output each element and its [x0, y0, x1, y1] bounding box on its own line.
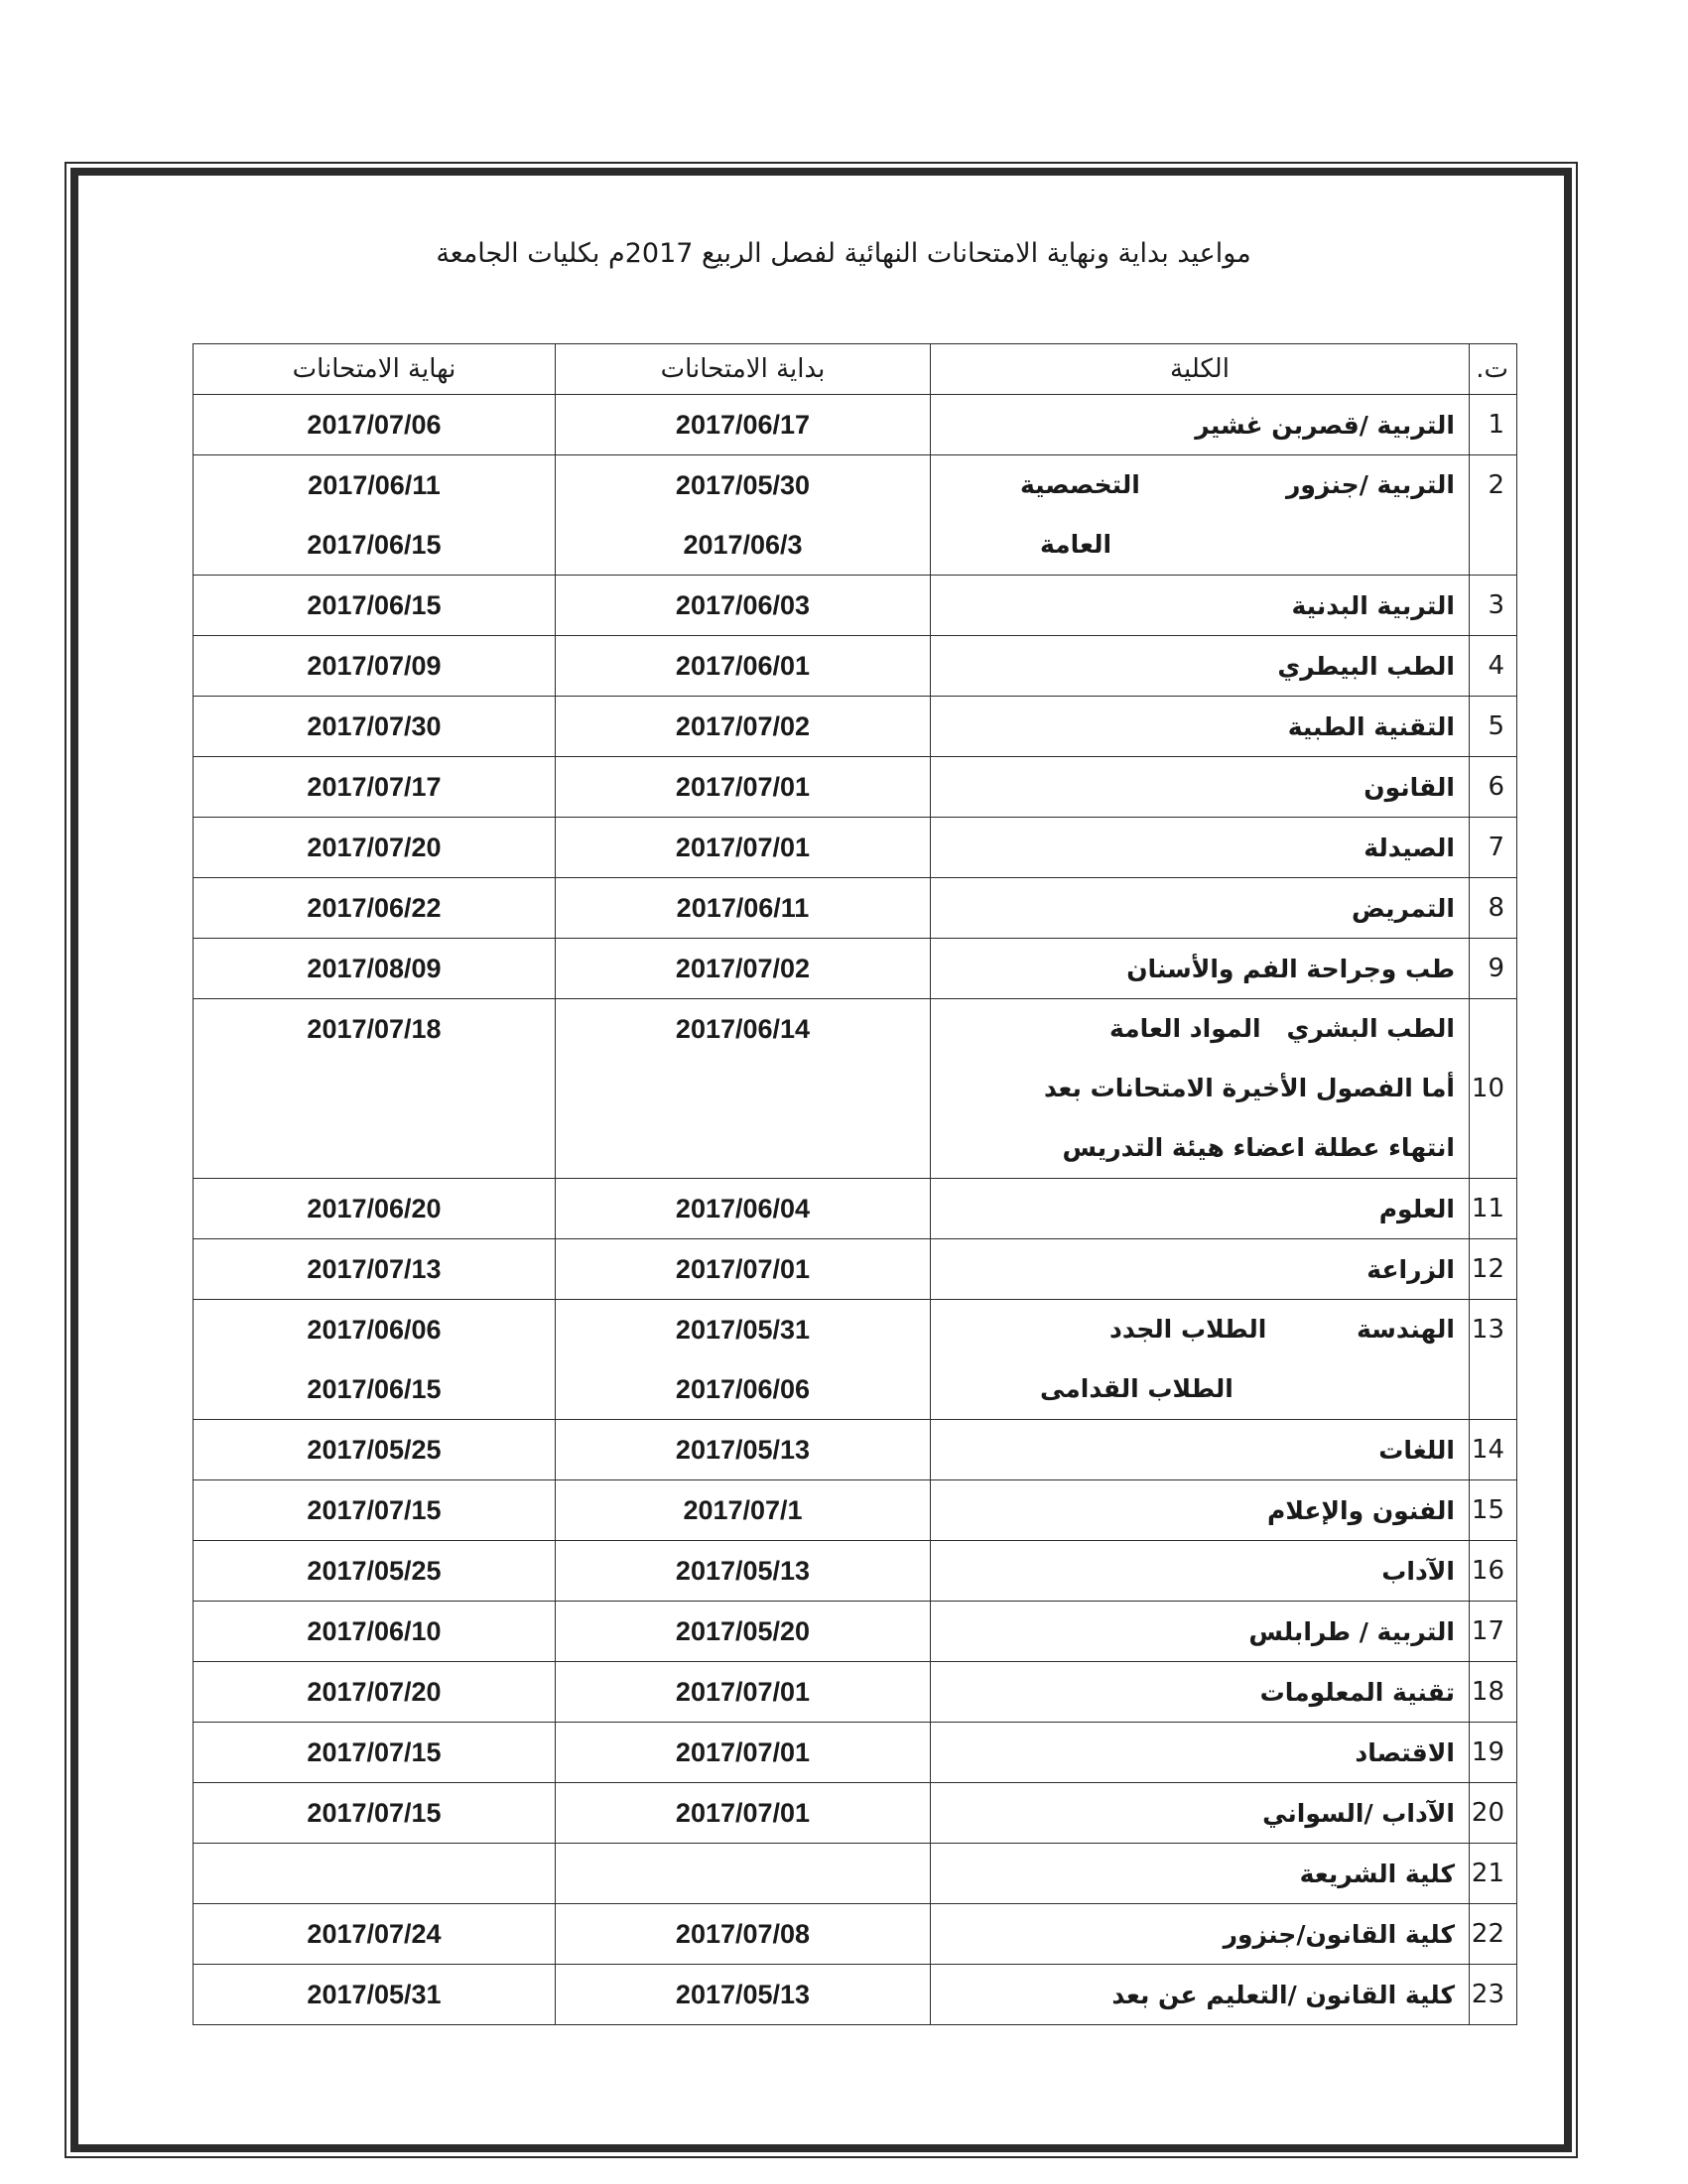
table-row: 11 العلوم 2017/06/04 2017/06/20	[194, 1179, 1517, 1239]
table-row: 4 الطب البيطري 2017/06/01 2017/07/09	[194, 636, 1517, 697]
row-num: 22	[1470, 1904, 1517, 1965]
row-college: التمريض	[931, 878, 1470, 939]
row-start-date: 2017/05/13	[556, 1420, 931, 1480]
table-row: 12 الزراعة 2017/07/01 2017/07/13	[194, 1239, 1517, 1300]
row-college-line: الهندسة الطلاب الجدد	[931, 1300, 1455, 1359]
table-row: 17 التربية / طرابلس 2017/05/20 2017/06/1…	[194, 1602, 1517, 1662]
row-num: 8	[1470, 878, 1517, 939]
row-end-date: 2017/06/15	[194, 576, 556, 636]
row-end-date: 2017/06/10	[194, 1602, 556, 1662]
row-num: 17	[1470, 1602, 1517, 1662]
row-end-date: 2017/07/15	[194, 1783, 556, 1844]
row-num: 21	[1470, 1844, 1517, 1904]
college-name: التربية /جنزور	[1286, 455, 1455, 515]
row-college: كلية القانون /التعليم عن بعد	[931, 1965, 1470, 2025]
row-end-date: 2017/07/13	[194, 1239, 556, 1300]
row-college: تقنية المعلومات	[931, 1662, 1470, 1723]
start-date-2: 2017/06/3	[556, 515, 930, 575]
row-num: 5	[1470, 697, 1517, 757]
row-college: الهندسة الطلاب الجدد الطلاب القدامى	[931, 1300, 1470, 1420]
row-end-date: 2017/07/20	[194, 1662, 556, 1723]
row-end-date: 2017/06/11 2017/06/15	[194, 455, 556, 576]
row-start-date: 2017/06/04	[556, 1179, 931, 1239]
header-start: بداية الامتحانات	[556, 344, 931, 395]
row-num: 3	[1470, 576, 1517, 636]
row-num: 13	[1470, 1300, 1517, 1420]
row-college: طب وجراحة الفم والأسنان	[931, 939, 1470, 999]
row-start-date: 2017/06/11	[556, 878, 931, 939]
row-start-date: 2017/07/01	[556, 1239, 931, 1300]
row-college: الاقتصاد	[931, 1723, 1470, 1783]
row-college: الطب البشري المواد العامة أما الفصول الأ…	[931, 999, 1470, 1179]
table-row: 19 الاقتصاد 2017/07/01 2017/07/15	[194, 1723, 1517, 1783]
row-end-date: 2017/07/20	[194, 818, 556, 878]
row-num: 19	[1470, 1723, 1517, 1783]
row-college: الفنون والإعلام	[931, 1480, 1470, 1541]
row-end-date: 2017/07/15	[194, 1480, 556, 1541]
row-start-date: 2017/05/13	[556, 1541, 931, 1602]
row-start-date	[556, 1844, 931, 1904]
row-end-date: 2017/07/15	[194, 1723, 556, 1783]
row-college: التربية / طرابلس	[931, 1602, 1470, 1662]
header-end: نهاية الامتحانات	[194, 344, 556, 395]
table-row: 2 التربية /جنزور التخصصية العامة 2017/05…	[194, 455, 1517, 576]
row-college: التقنية الطبية	[931, 697, 1470, 757]
table-row: 8 التمريض 2017/06/11 2017/06/22	[194, 878, 1517, 939]
row-num-text: 2	[1470, 455, 1504, 515]
row-start-date: 2017/07/1	[556, 1480, 931, 1541]
row-num: 4	[1470, 636, 1517, 697]
row-end-date: 2017/05/25	[194, 1420, 556, 1480]
table-row: 13 الهندسة الطلاب الجدد الطلاب القدامى 2…	[194, 1300, 1517, 1420]
table-row: 23 كلية القانون /التعليم عن بعد 2017/05/…	[194, 1965, 1517, 2025]
end-date-2: 2017/06/15	[194, 1359, 555, 1419]
row-num: 16	[1470, 1541, 1517, 1602]
row-num: 10	[1470, 999, 1517, 1179]
row-num: 11	[1470, 1179, 1517, 1239]
row-num: 2	[1470, 455, 1517, 576]
row-num: 6	[1470, 757, 1517, 818]
row-end-date: 2017/07/24	[194, 1904, 556, 1965]
row-num: 1	[1470, 395, 1517, 455]
table-row: 14 اللغات 2017/05/13 2017/05/25	[194, 1420, 1517, 1480]
row-start-date: 2017/05/13	[556, 1965, 931, 2025]
row-start-date: 2017/07/01	[556, 818, 931, 878]
college-note-line-2: أما الفصول الأخيرة الامتحانات بعد	[931, 1059, 1455, 1118]
end-date-1: 2017/06/06	[194, 1300, 555, 1359]
row-college: اللغات	[931, 1420, 1470, 1480]
row-end-date: 2017/08/09	[194, 939, 556, 999]
row-end-date: 2017/07/17	[194, 757, 556, 818]
table-row: 20 الآداب /السواني 2017/07/01 2017/07/15	[194, 1783, 1517, 1844]
row-start-date: 2017/07/02	[556, 939, 931, 999]
row-college: كلية القانون/جنزور	[931, 1904, 1470, 1965]
header-num: ت.	[1470, 344, 1517, 395]
college-sub-2: الطلاب القدامى	[931, 1359, 1455, 1419]
table-row: 3 التربية البدنية 2017/06/03 2017/06/15	[194, 576, 1517, 636]
table-row: 18 تقنية المعلومات 2017/07/01 2017/07/20	[194, 1662, 1517, 1723]
row-start-date: 2017/05/31 2017/06/06	[556, 1300, 931, 1420]
row-end-date: 2017/07/06	[194, 395, 556, 455]
table-header-row: ت. الكلية بداية الامتحانات نهاية الامتحا…	[194, 344, 1517, 395]
table-row: 7 الصيدلة 2017/07/01 2017/07/20	[194, 818, 1517, 878]
college-sub-2: العامة	[931, 515, 1455, 575]
row-college: التربية /جنزور التخصصية العامة	[931, 455, 1470, 576]
college-name: الهندسة	[1357, 1300, 1455, 1359]
row-college: الطب البيطري	[931, 636, 1470, 697]
row-start-date: 2017/07/02	[556, 697, 931, 757]
row-college: التربية البدنية	[931, 576, 1470, 636]
end-date-2: 2017/06/15	[194, 515, 555, 575]
college-sub-1: المواد العامة	[1109, 999, 1261, 1059]
row-num: 18	[1470, 1662, 1517, 1723]
exam-schedule-table: ت. الكلية بداية الامتحانات نهاية الامتحا…	[193, 343, 1517, 2025]
row-start-date: 2017/07/01	[556, 1783, 931, 1844]
start-date-1: 2017/05/31	[556, 1300, 930, 1359]
table-row: 21 كلية الشريعة	[194, 1844, 1517, 1904]
table-row: 15 الفنون والإعلام 2017/07/1 2017/07/15	[194, 1480, 1517, 1541]
row-end-date: 2017/06/20	[194, 1179, 556, 1239]
end-date-1: 2017/07/18	[194, 999, 555, 1059]
row-start-date: 2017/05/20	[556, 1602, 931, 1662]
college-note-line-3: انتهاء عطلة اعضاء هيئة التدريس	[931, 1118, 1455, 1178]
row-end-date: 2017/05/31	[194, 1965, 556, 2025]
row-college: التربية /قصربن غشير	[931, 395, 1470, 455]
header-college: الكلية	[931, 344, 1470, 395]
college-sub-1: الطلاب الجدد	[1109, 1300, 1266, 1359]
row-num: 15	[1470, 1480, 1517, 1541]
college-name: الطب البشري	[1286, 999, 1455, 1059]
row-num: 7	[1470, 818, 1517, 878]
row-end-date	[194, 1844, 556, 1904]
row-num: 23	[1470, 1965, 1517, 2025]
table-row: 22 كلية القانون/جنزور 2017/07/08 2017/07…	[194, 1904, 1517, 1965]
row-end-date: 2017/07/09	[194, 636, 556, 697]
row-start-date: 2017/07/08	[556, 1904, 931, 1965]
row-college: القانون	[931, 757, 1470, 818]
table-row: 16 الآداب 2017/05/13 2017/05/25	[194, 1541, 1517, 1602]
table-row: 9 طب وجراحة الفم والأسنان 2017/07/02 201…	[194, 939, 1517, 999]
table-row: 5 التقنية الطبية 2017/07/02 2017/07/30	[194, 697, 1517, 757]
table-row: 10 الطب البشري المواد العامة أما الفصول …	[194, 999, 1517, 1179]
row-num: 14	[1470, 1420, 1517, 1480]
college-sub-1: التخصصية	[1020, 455, 1140, 515]
row-start-date: 2017/06/01	[556, 636, 931, 697]
table-row: 6 القانون 2017/07/01 2017/07/17	[194, 757, 1517, 818]
row-college: الآداب /السواني	[931, 1783, 1470, 1844]
row-college: العلوم	[931, 1179, 1470, 1239]
row-college-line: التربية /جنزور التخصصية	[931, 455, 1455, 515]
document-title: مواعيد بداية ونهاية الامتحانات النهائية …	[298, 238, 1389, 269]
end-date-1: 2017/06/11	[194, 455, 555, 515]
row-num-text: 13	[1470, 1300, 1504, 1359]
row-num: 20	[1470, 1783, 1517, 1844]
row-start-date: 2017/07/01	[556, 1723, 931, 1783]
row-num: 12	[1470, 1239, 1517, 1300]
row-start-date: 2017/07/01	[556, 1662, 931, 1723]
table-row: 1 التربية /قصربن غشير 2017/06/17 2017/07…	[194, 395, 1517, 455]
row-start-date: 2017/07/01	[556, 757, 931, 818]
row-end-date: 2017/07/18	[194, 999, 556, 1179]
row-end-date: 2017/06/22	[194, 878, 556, 939]
row-num: 9	[1470, 939, 1517, 999]
row-college: الصيدلة	[931, 818, 1470, 878]
start-date-2: 2017/06/06	[556, 1359, 930, 1419]
row-start-date: 2017/05/30 2017/06/3	[556, 455, 931, 576]
start-date-1: 2017/05/30	[556, 455, 930, 515]
row-college: الآداب	[931, 1541, 1470, 1602]
row-end-date: 2017/05/25	[194, 1541, 556, 1602]
row-college-line: الطب البشري المواد العامة	[931, 999, 1455, 1059]
row-start-date: 2017/06/17	[556, 395, 931, 455]
start-date-1: 2017/06/14	[556, 999, 930, 1059]
row-college: كلية الشريعة	[931, 1844, 1470, 1904]
row-end-date: 2017/07/30	[194, 697, 556, 757]
row-end-date: 2017/06/06 2017/06/15	[194, 1300, 556, 1420]
row-start-date: 2017/06/14	[556, 999, 931, 1179]
row-start-date: 2017/06/03	[556, 576, 931, 636]
row-college: الزراعة	[931, 1239, 1470, 1300]
